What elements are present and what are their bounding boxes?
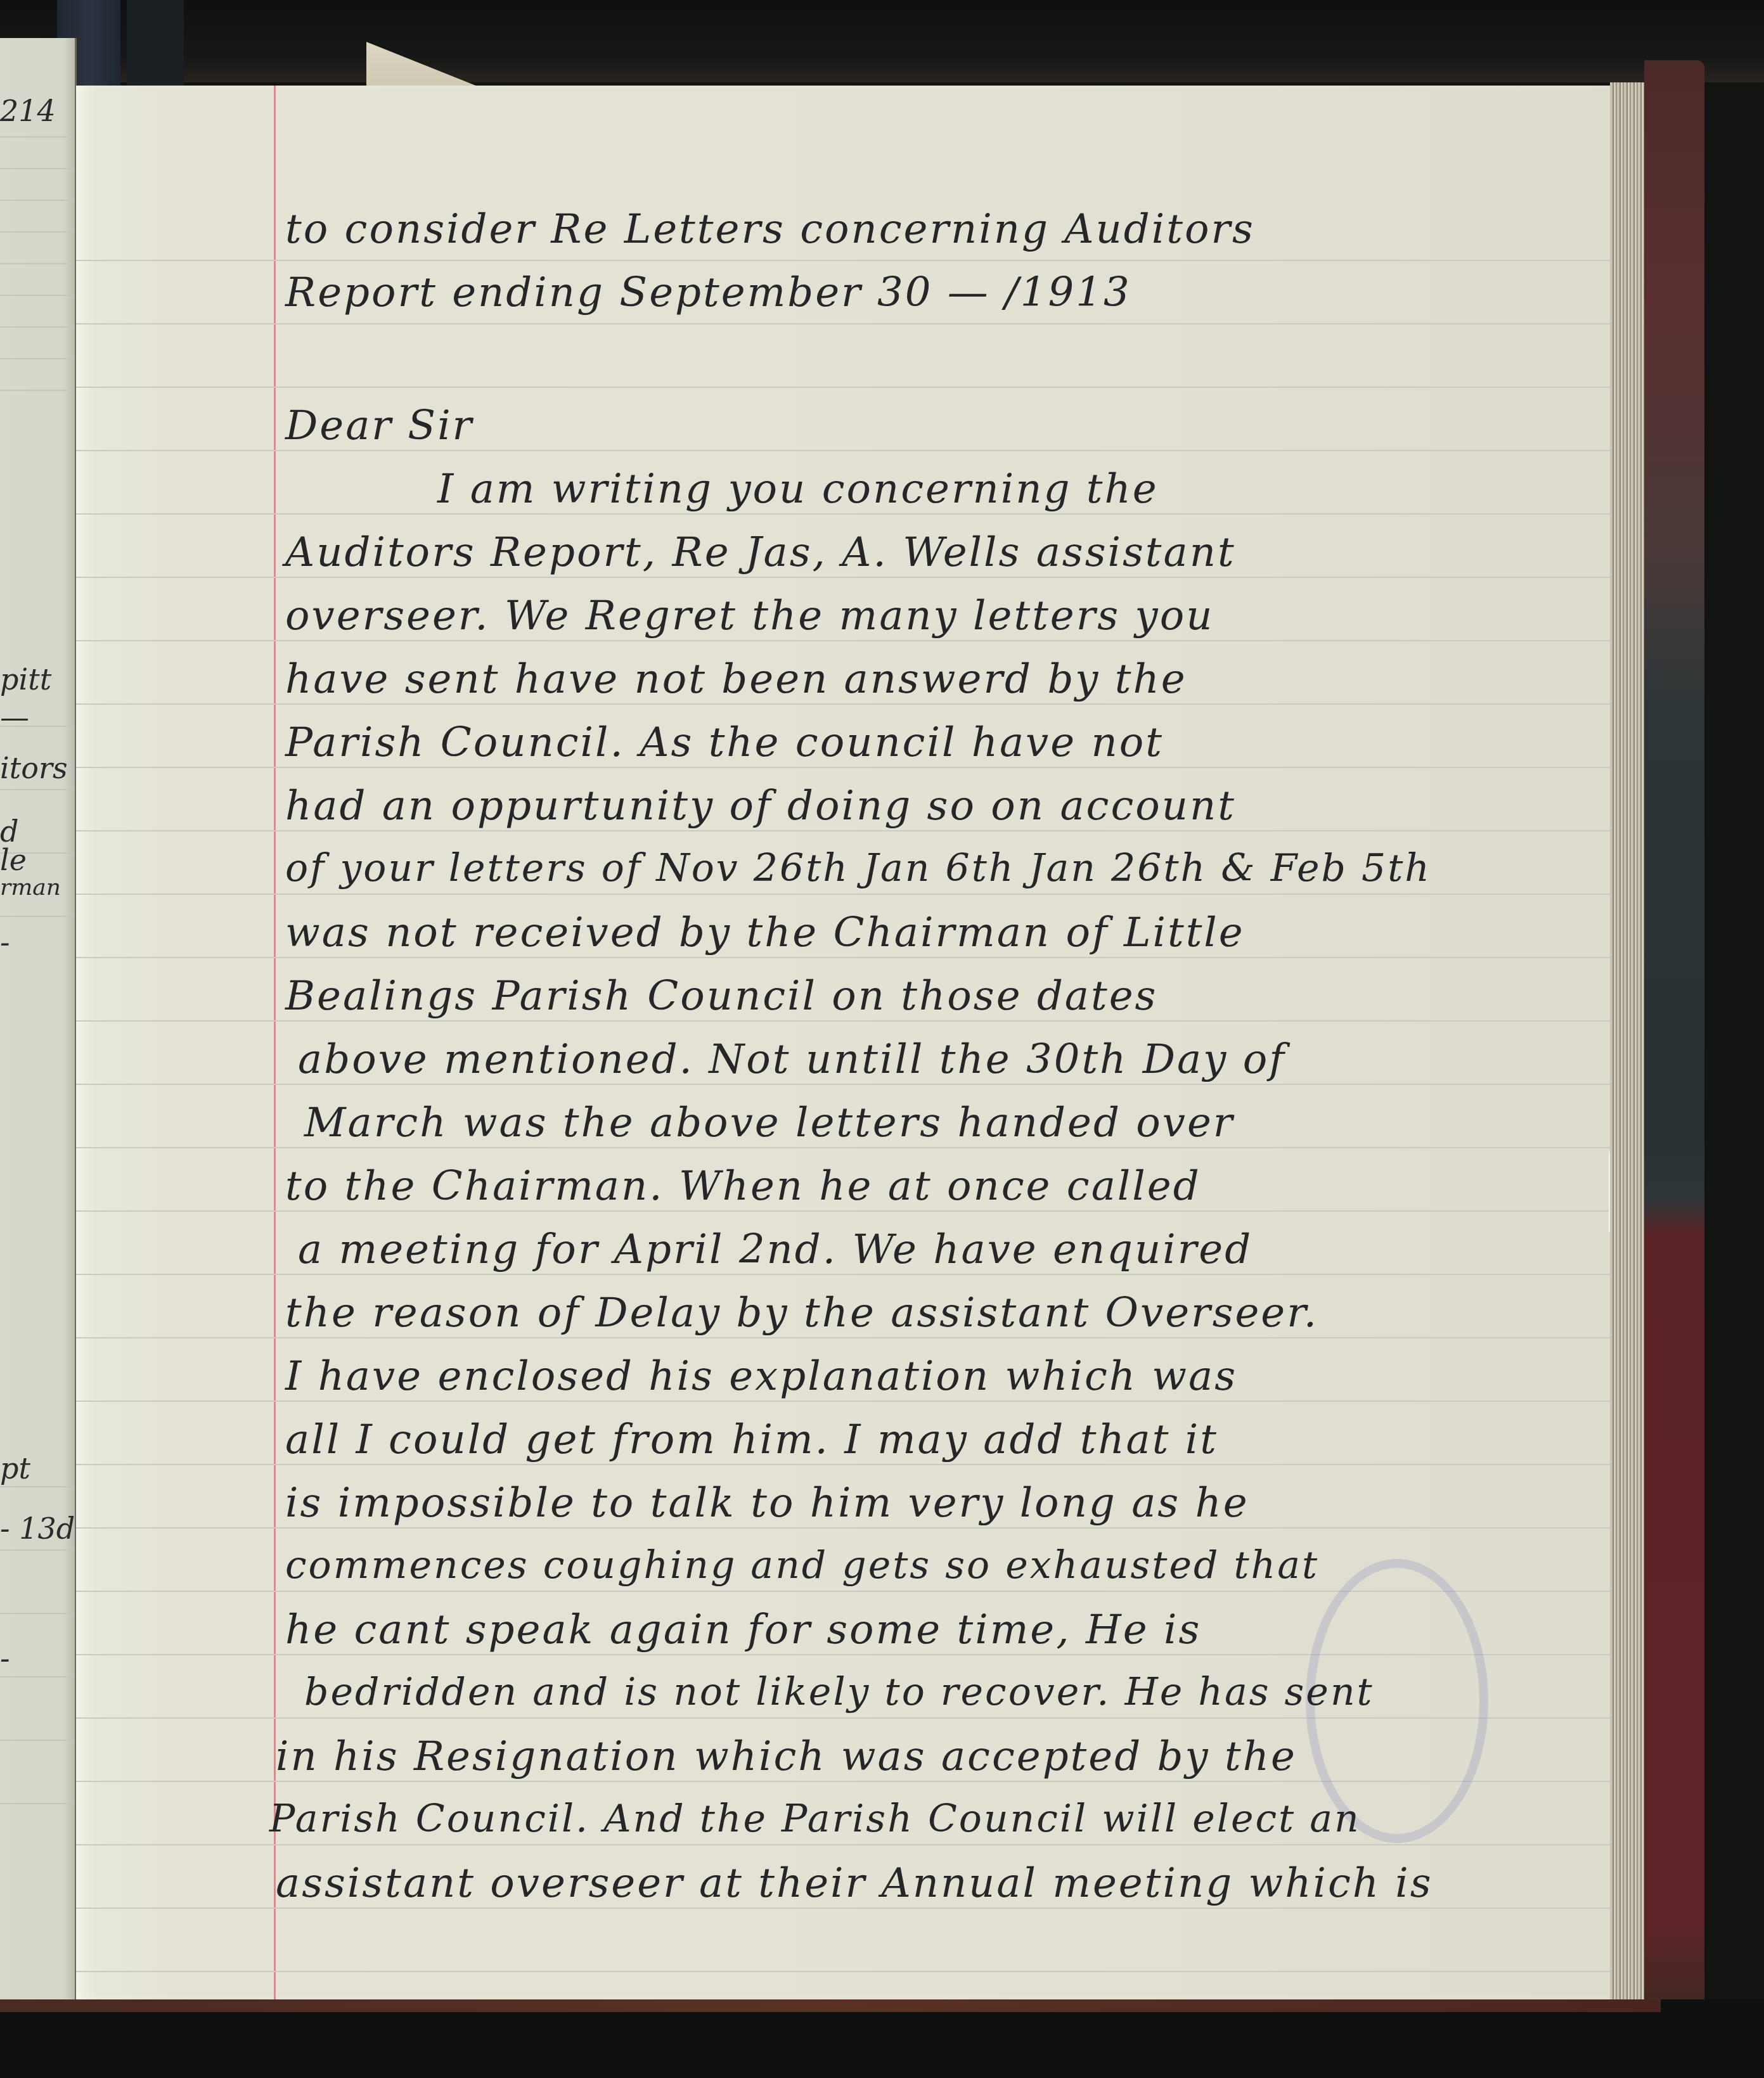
body-line: above mentioned. Not untill the 30th Day… (298, 1036, 1286, 1083)
body-line: Auditors Report, Re Jas, A. Wells assist… (285, 529, 1236, 576)
body-line: commences coughing and gets so exhausted… (285, 1543, 1319, 1587)
left-page-number: 214 (0, 94, 56, 128)
left-fragment: — (0, 700, 29, 734)
body-line: March was the above letters handed over (304, 1100, 1234, 1146)
background-cloth (0, 0, 1764, 82)
left-fragment: - (0, 1641, 10, 1676)
left-fragment: rman (0, 875, 61, 901)
body-line: assistant overseer at their Annual meeti… (276, 1860, 1433, 1907)
body-line: Parish Council. As the council have not (285, 719, 1164, 766)
body-line: Bealings Parish Council on those dates (285, 973, 1157, 1020)
body-line: he cant speak again for some time, He is (285, 1607, 1201, 1653)
heading-line-2: Report ending September 30 — /1913 (285, 269, 1131, 316)
body-line: I have enclosed his explanation which wa… (285, 1353, 1237, 1400)
left-fragment: itors (0, 751, 68, 785)
body-line: overseer. We Regret the many letters you (285, 593, 1214, 639)
page-edges (1610, 82, 1644, 2009)
body-line: have sent have not been answerd by the (285, 656, 1187, 703)
body-line: to the Chairman. When he at once called (285, 1163, 1201, 1210)
left-fragment: pitt (0, 662, 51, 696)
salutation: Dear Sir (285, 402, 473, 449)
body-line: Parish Council. And the Parish Council w… (269, 1797, 1361, 1841)
left-fragment: - (0, 925, 10, 959)
body-line: a meeting for April 2nd. We have enquire… (298, 1226, 1252, 1273)
left-fragment: pt (0, 1451, 30, 1485)
body-line: bedridden and is not likely to recover. … (304, 1670, 1374, 1714)
body-line: all I could get from him. I may add that… (285, 1416, 1218, 1463)
book-ribbon (127, 0, 184, 89)
body-line: of your letters of Nov 26th Jan 6th Jan … (285, 846, 1431, 890)
body-line: had an oppurtunity of doing so on accoun… (285, 783, 1236, 830)
left-fragment: le (0, 843, 27, 877)
book-cover (1644, 60, 1704, 2022)
right-page: to consider Re Letters concerning Audito… (76, 86, 1610, 1999)
body-line: is impossible to talk to him very long a… (285, 1480, 1249, 1527)
body-line: I am writing you concerning the (437, 466, 1159, 513)
body-line: in his Resignation which was accepted by… (276, 1733, 1297, 1780)
heading-line-1: to consider Re Letters concerning Audito… (285, 206, 1255, 253)
book-cover-bottom (0, 1999, 1661, 2012)
margin-rule (274, 86, 276, 1999)
left-page: 214 pitt — itors d le rman - pt - 13d - (0, 38, 77, 2041)
body-line: the reason of Delay by the assistant Ove… (285, 1290, 1318, 1337)
left-fragment: - 13d (0, 1511, 75, 1546)
body-line: was not received by the Chairman of Litt… (285, 909, 1245, 956)
